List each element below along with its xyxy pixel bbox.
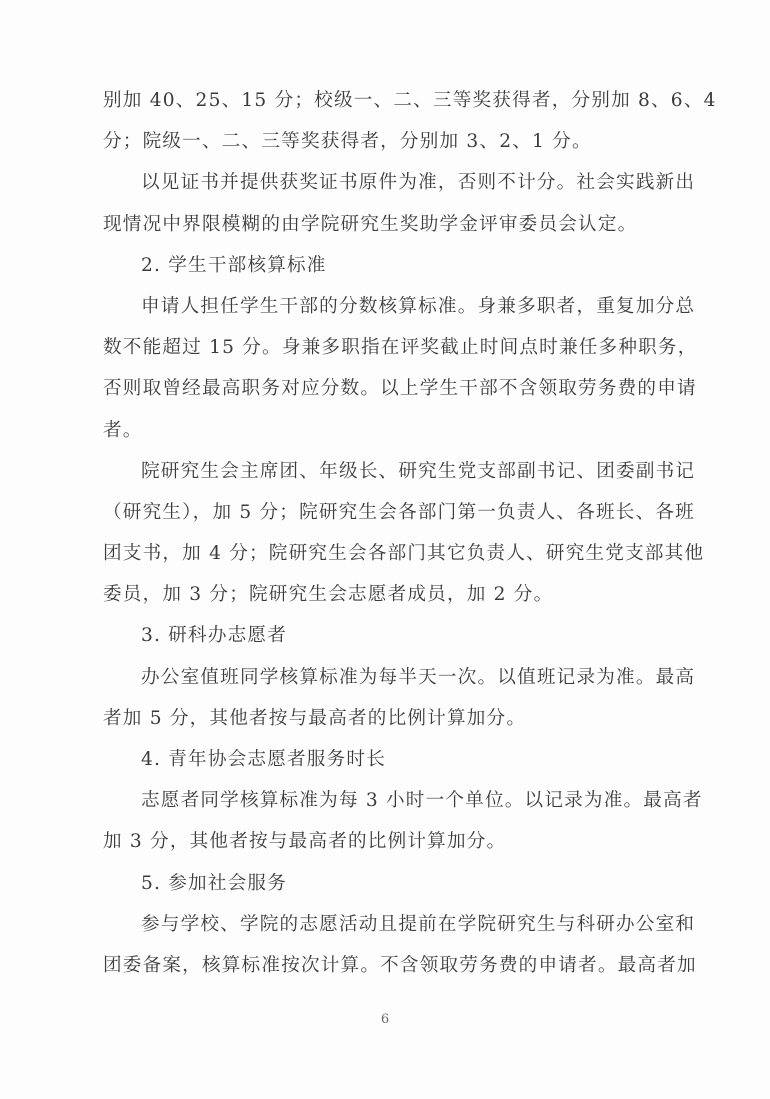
text-line-2: 分；院级一、二、三等奖获得者，分别加 3、2、1 分。: [103, 121, 665, 162]
section-heading-5: 5. 参加社会服务: [103, 863, 665, 904]
text-line-12: 团支书，加 4 分；院研究生会各部门其它负责人、研究生党支部其他: [103, 533, 665, 574]
text-line-7: 数不能超过 15 分。身兼多职指在评奖截止时间点时兼任多种职务，: [103, 327, 665, 368]
page-number: 6: [0, 1012, 770, 1027]
text-line-16: 者加 5 分，其他者按与最高者的比例计算加分。: [103, 698, 665, 739]
document-page: 别加 40、25、15 分；校级一、二、三等奖获得者，分别加 8、6、4 分；院…: [0, 0, 770, 1099]
text-line-9: 者。: [103, 410, 665, 451]
section-heading-2: 2. 学生干部核算标准: [103, 245, 665, 286]
paragraph-social-service: 参与学校、学院的志愿活动且提前在学院研究生与科研办公室和: [103, 904, 665, 945]
text-line-19: 加 3 分，其他者按与最高者的比例计算加分。: [103, 821, 665, 862]
text-line-11: （研究生），加 5 分；院研究生会各部门第一负责人、各班长、各班: [103, 492, 665, 533]
section-heading-3: 3. 研科办志愿者: [103, 615, 665, 656]
section-heading-4: 4. 青年协会志愿者服务时长: [103, 739, 665, 780]
paragraph-youth-volunteer: 志愿者同学核算标准为每 3 小时一个单位。以记录为准。最高者: [103, 780, 665, 821]
text-line-1: 别加 40、25、15 分；校级一、二、三等奖获得者，分别加 8、6、4: [103, 80, 665, 121]
text-line-8: 否则取曾经最高职务对应分数。以上学生干部不含领取劳务费的申请: [103, 368, 665, 409]
text-line-13: 委员，加 3 分；院研究生会志愿者成员，加 2 分。: [103, 574, 665, 615]
paragraph-certificate-rule: 以见证书并提供获奖证书原件为准，否则不计分。社会实践新出: [103, 162, 665, 203]
text-line-22: 团委备案，核算标准按次计算。不含领取劳务费的申请者。最高者加: [103, 945, 665, 986]
paragraph-office-volunteer: 办公室值班同学核算标准为每半天一次。以值班记录为准。最高: [103, 657, 665, 698]
text-line-4: 现情况中界限模糊的由学院研究生奖助学金评审委员会认定。: [103, 204, 665, 245]
paragraph-cadre-standard: 申请人担任学生干部的分数核算标准。身兼多职者，重复加分总: [103, 286, 665, 327]
document-body: 别加 40、25、15 分；校级一、二、三等奖获得者，分别加 8、6、4 分；院…: [103, 80, 665, 986]
paragraph-cadre-scores: 院研究生会主席团、年级长、研究生党支部副书记、团委副书记: [103, 451, 665, 492]
